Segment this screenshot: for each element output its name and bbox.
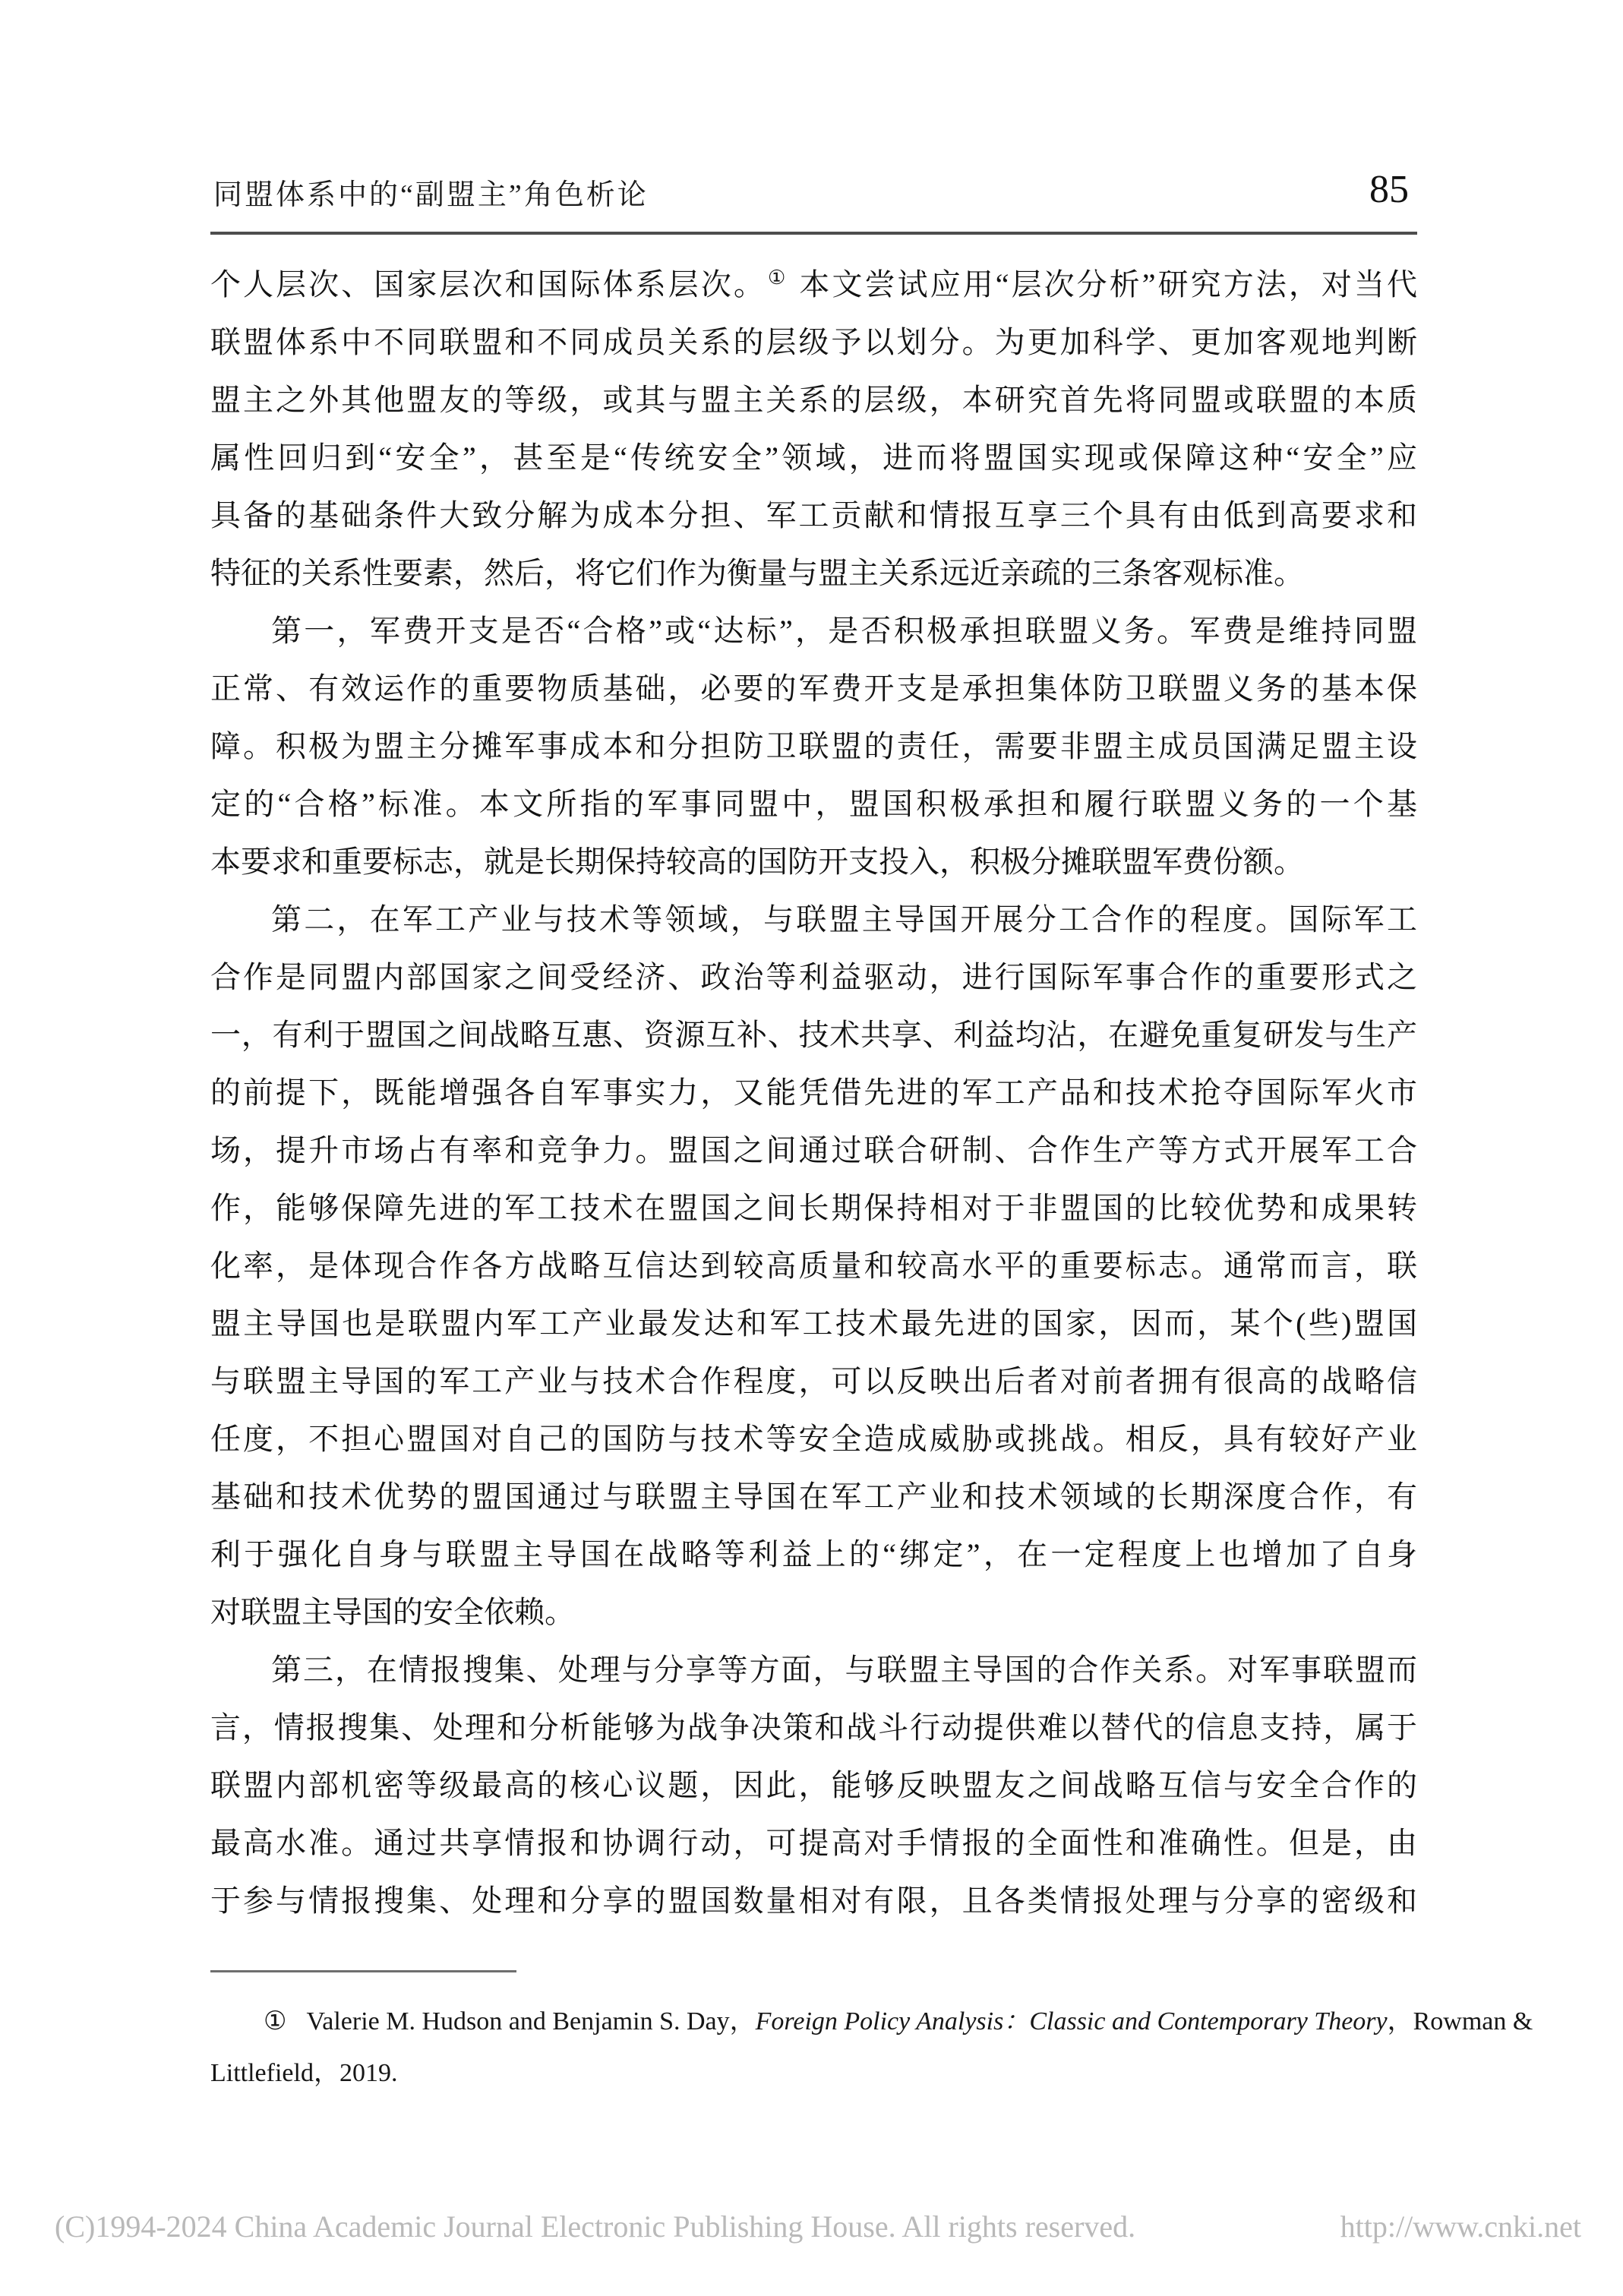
body-line: 特征的关系性要素，然后，将它们作为衡量与盟主关系远近亲疏的三条客观标准。 [210, 545, 1417, 602]
page-number: 85 [1369, 169, 1409, 211]
document-page: 同盟体系中的“副盟主”角色析论 85 个人层次、国家层次和国际体系层次。① 本文… [0, 0, 1623, 2296]
body-line: 第二，在军工产业与技术等领域，与联盟主导国开展分工合作的程度。国际军工 [210, 891, 1417, 949]
paragraph: 第三，在情报搜集、处理与分享等方面，与联盟主导国的合作关系。对军事联盟而言，情报… [210, 1641, 1417, 1930]
body-line: 障。积极为盟主分摊军事成本和分担防卫联盟的责任，需要非盟主成员国满足盟主设 [210, 718, 1417, 775]
body-line: 于参与情报搜集、处理和分享的盟国数量相对有限，且各类情报处理与分享的密级和 [210, 1872, 1417, 1930]
body-line: 属性回归到“安全”，甚至是“传统安全”领域，进而将盟国实现或保障这种“安全”应 [210, 429, 1417, 487]
body-line: 言，情报搜集、处理和分析能够为战争决策和战斗行动提供难以替代的信息支持，属于 [210, 1699, 1417, 1757]
body-line: 第三，在情报搜集、处理与分享等方面，与联盟主导国的合作关系。对军事联盟而 [210, 1641, 1417, 1699]
page-footer: (C)1994-2024 China Academic Journal Elec… [55, 2209, 1581, 2245]
body-line: 利于强化自身与联盟主导国在战略等利益上的“绑定”，在一定程度上也增加了自身 [210, 1526, 1417, 1584]
body-line: 具备的基础条件大致分解为成本分担、军工贡献和情报互享三个具有由低到高要求和 [210, 487, 1417, 545]
body-line: 个人层次、国家层次和国际体系层次。① 本文尝试应用“层次分析”研究方法，对当代 [210, 256, 1417, 314]
body-line: 联盟内部机密等级最高的核心议题，因此，能够反映盟友之间战略互信与安全合作的 [210, 1757, 1417, 1814]
footnote-marker: ① [264, 2007, 306, 2035]
body-line: 盟主导国也是联盟内军工产业最发达和军工技术最先进的国家，因而，某个(些)盟国 [210, 1295, 1417, 1353]
header-rule [210, 232, 1417, 235]
body-line: 一，有利于盟国之间战略互惠、资源互补、技术共享、利益均沾，在避免重复研发与生产 [210, 1006, 1417, 1064]
body-line: 第一，军费开支是否“合格”或“达标”，是否积极承担联盟义务。军费是维持同盟 [210, 602, 1417, 660]
body-line: 基础和技术优势的盟国通过与联盟主导国在军工产业和技术领域的长期深度合作，有 [210, 1468, 1417, 1526]
running-title: 同盟体系中的“副盟主”角色析论 [213, 178, 649, 213]
footnote-citation: Valerie M. Hudson and Benjamin S. Day，Fo… [306, 2007, 1533, 2035]
book-title-italic: Foreign Policy Analysis：Classic and Cont… [756, 2007, 1388, 2035]
footnote-ref: ① [766, 267, 789, 289]
footnote-line-1: ①Valerie M. Hudson and Benjamin S. Day，F… [210, 1996, 1539, 2048]
body-line: 对联盟主导国的安全依赖。 [210, 1584, 1417, 1641]
copyright-text: (C)1994-2024 China Academic Journal Elec… [55, 2209, 1135, 2245]
body-line: 合作是同盟内部国家之间受经济、政治等利益驱动，进行国际军事合作的重要形式之 [210, 949, 1417, 1006]
body-line: 与联盟主导国的军工产业与技术合作程度，可以反映出后者对前者拥有很高的战略信 [210, 1353, 1417, 1410]
body-line: 最高水准。通过共享情报和协调行动，可提高对手情报的全面性和准确性。但是，由 [210, 1814, 1417, 1872]
footnote: ①Valerie M. Hudson and Benjamin S. Day，F… [210, 1996, 1539, 2099]
paragraph: 第一，军费开支是否“合格”或“达标”，是否积极承担联盟义务。军费是维持同盟正常、… [210, 602, 1417, 891]
body-line: 场，提升市场占有率和竞争力。盟国之间通过联合研制、合作生产等方式开展军工合 [210, 1122, 1417, 1180]
footnote-line-2: Littlefield，2019. [210, 2048, 1539, 2099]
body-line: 的前提下，既能增强各自军事实力，又能凭借先进的军工产品和技术抢夺国际军火市 [210, 1064, 1417, 1122]
footer-url: http://www.cnki.net [1340, 2209, 1581, 2245]
body-line: 盟主之外其他盟友的等级，或其与盟主关系的层级，本研究首先将同盟或联盟的本质 [210, 371, 1417, 429]
body-line: 任度，不担心盟国对自己的国防与技术等安全造成威胁或挑战。相反，具有较好产业 [210, 1410, 1417, 1468]
citation-text: ，Rowman & [1388, 2007, 1533, 2035]
paragraph: 个人层次、国家层次和国际体系层次。① 本文尝试应用“层次分析”研究方法，对当代联… [210, 256, 1417, 602]
article-body: 个人层次、国家层次和国际体系层次。① 本文尝试应用“层次分析”研究方法，对当代联… [210, 256, 1417, 1930]
body-line: 联盟体系中不同联盟和不同成员关系的层级予以划分。为更加科学、更加客观地判断 [210, 314, 1417, 371]
footnote-separator [210, 1970, 516, 1972]
body-line: 正常、有效运作的重要物质基础，必要的军费开支是承担集体防卫联盟义务的基本保 [210, 660, 1417, 718]
paragraph: 第二，在军工产业与技术等领域，与联盟主导国开展分工合作的程度。国际军工合作是同盟… [210, 891, 1417, 1641]
body-line: 定的“合格”标准。本文所指的军事同盟中，盟国积极承担和履行联盟义务的一个基 [210, 775, 1417, 833]
citation-text: Valerie M. Hudson and Benjamin S. Day， [306, 2007, 755, 2035]
body-line: 化率，是体现合作各方战略互信达到较高质量和较高水平的重要标志。通常而言，联 [210, 1237, 1417, 1295]
body-line: 本要求和重要标志，就是长期保持较高的国防开支投入，积极分摊联盟军费份额。 [210, 833, 1417, 891]
body-line: 作，能够保障先进的军工技术在盟国之间长期保持相对于非盟国的比较优势和成果转 [210, 1180, 1417, 1237]
